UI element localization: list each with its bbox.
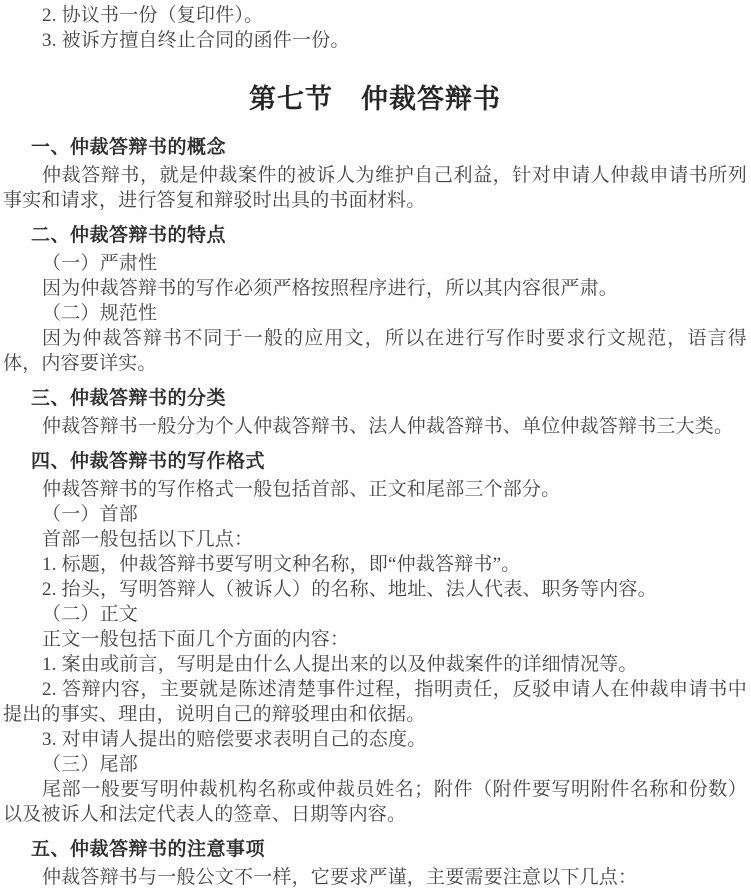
paragraph: 正文一般包括下面几个方面的内容： <box>3 627 747 652</box>
prelude-item: 3. 被诉方擅自终止合同的函件一份。 <box>3 28 747 53</box>
section-3-categories: 三、仲裁答辩书的分类 仲裁答辩书一般分为个人仲裁答辩书、法人仲裁答辩书、单位仲裁… <box>3 386 747 439</box>
section-heading: 四、仲裁答辩书的写作格式 <box>31 449 747 474</box>
paragraph: 仲裁答辩书，就是仲裁案件的被诉人为维护自己利益，针对申请人仲裁申请书所列事实和请… <box>3 163 747 213</box>
list-item: 1. 案由或前言，写明是由什么人提出来的以及仲裁案件的详细情况等。 <box>3 652 747 677</box>
list-item: 2. 抬头，写明答辩人（被诉人）的名称、地址、法人代表、职务等内容。 <box>3 577 747 602</box>
prelude-item: 2. 协议书一份（复印件）。 <box>3 3 747 28</box>
section-heading: 三、仲裁答辩书的分类 <box>31 386 747 411</box>
prelude-list: 2. 协议书一份（复印件）。 3. 被诉方擅自终止合同的函件一份。 <box>3 3 747 53</box>
paragraph: 因为仲裁答辩书不同于一般的应用文，所以在进行写作时要求行文规范，语言得体，内容要… <box>3 326 747 376</box>
sub-heading-line: （一）首部 <box>3 502 747 527</box>
paragraph: 尾部一般要写明仲裁机构名称或仲裁员姓名；附件（附件要写明附件名称和份数）以及被诉… <box>3 777 747 827</box>
section-4-format: 四、仲裁答辩书的写作格式 仲裁答辩书的写作格式一般包括首部、正文和尾部三个部分。… <box>3 449 747 827</box>
sub-heading-line: （二）正文 <box>3 602 747 627</box>
section-heading: 二、仲裁答辩书的特点 <box>31 223 747 248</box>
section-heading: 一、仲裁答辩书的概念 <box>31 135 747 160</box>
list-item: 3. 对申请人提出的赔偿要求表明自己的态度。 <box>3 727 747 752</box>
sub-heading-line: （二）规范性 <box>3 301 747 326</box>
paragraph: 首部一般包括以下几点： <box>3 527 747 552</box>
document-page: 2. 协议书一份（复印件）。 3. 被诉方擅自终止合同的函件一份。 第七节 仲裁… <box>0 0 751 896</box>
paragraph: 仲裁答辩书的写作格式一般包括首部、正文和尾部三个部分。 <box>3 477 747 502</box>
section-2-features: 二、仲裁答辩书的特点 （一）严肃性 因为仲裁答辩书的写作必须严格按照程序进行，所… <box>3 223 747 376</box>
sub-heading-line: （一）严肃性 <box>3 251 747 276</box>
list-item: 2. 答辩内容，主要就是陈述清楚事件过程，指明责任，反驳申请人在仲裁申请书中提出… <box>3 677 747 727</box>
list-item: 1. 标题，仲裁答辩书要写明文种名称，即“仲裁答辩书”。 <box>3 552 747 577</box>
paragraph: 仲裁答辩书一般分为个人仲裁答辩书、法人仲裁答辩书、单位仲裁答辩书三大类。 <box>3 414 747 439</box>
section-5-notes: 五、仲裁答辩书的注意事项 仲裁答辩书与一般公文不一样，它要求严谨，主要需要注意以… <box>3 837 747 890</box>
section-1-concept: 一、仲裁答辩书的概念 仲裁答辩书，就是仲裁案件的被诉人为维护自己利益，针对申请人… <box>3 135 747 213</box>
page-title: 第七节 仲裁答辩书 <box>3 84 747 114</box>
sub-heading-line: （三）尾部 <box>3 752 747 777</box>
section-heading: 五、仲裁答辩书的注意事项 <box>31 837 747 862</box>
paragraph: 仲裁答辩书与一般公文不一样，它要求严谨，主要需要注意以下几点： <box>3 865 747 890</box>
paragraph: 因为仲裁答辩书的写作必须严格按照程序进行，所以其内容很严肃。 <box>3 276 747 301</box>
